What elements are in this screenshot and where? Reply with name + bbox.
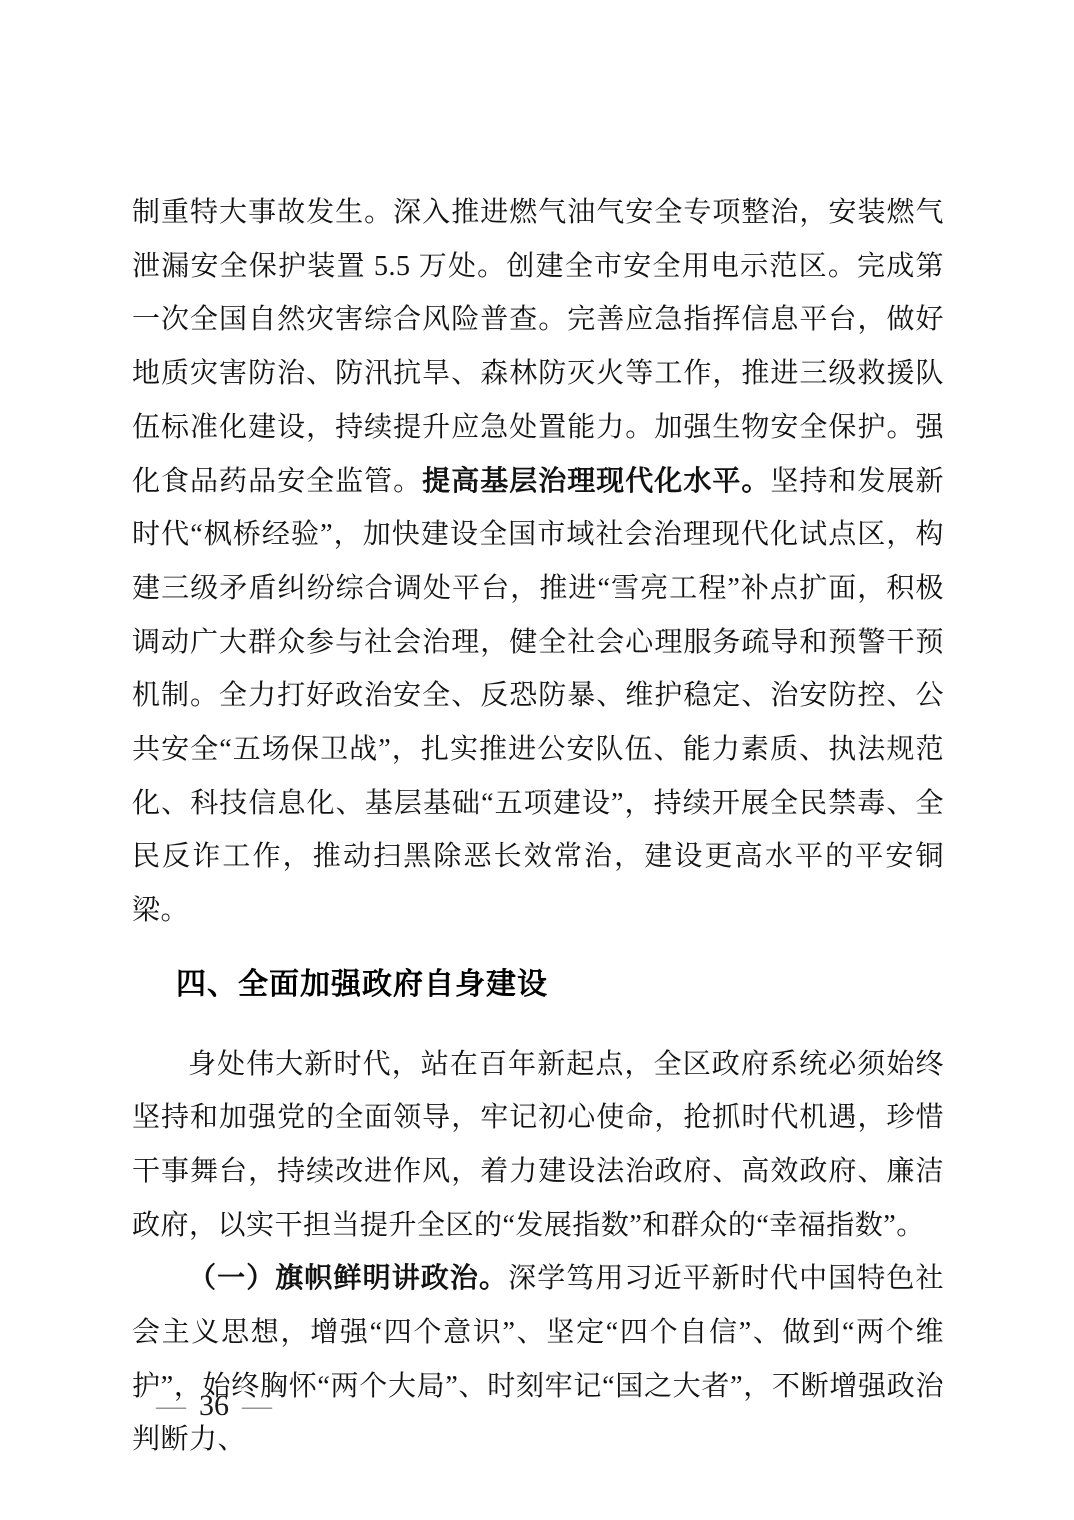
paragraph-government-building: 身处伟大新时代，站在百年新起点，全区政府系统必须始终坚持和加强党的全面领导，牢记…: [132, 1038, 944, 1253]
document-body: 制重特大事故发生。深入推进燃气油气安全专项整治，安装燃气泄漏安全保护装置 5.5…: [132, 186, 944, 1467]
paragraph-politics: （一）旗帜鲜明讲政治。深学笃用习近平新时代中国特色社会主义思想，增强“四个意识”…: [132, 1252, 944, 1467]
footer-left-dash: —: [156, 1389, 186, 1422]
text-run: 制重特大事故发生。深入推进燃气油气安全专项整治，安装燃气泄漏安全保护装置 5.5…: [132, 197, 944, 497]
text-run-bold-politics-lead: （一）旗帜鲜明讲政治。: [188, 1263, 508, 1294]
page-number: 36: [199, 1388, 229, 1424]
document-page: 制重特大事故发生。深入推进燃气油气安全专项整治，安装燃气泄漏安全保护装置 5.5…: [0, 0, 1074, 1520]
paragraph-public-safety: 制重特大事故发生。深入推进燃气油气安全专项整治，安装燃气泄漏安全保护装置 5.5…: [132, 186, 944, 938]
text-run: 坚持和发展新时代“枫桥经验”，加快建设全国市域社会治理现代化试点区，构建三级矛盾…: [132, 466, 944, 927]
footer-right-dash: —: [242, 1389, 272, 1422]
section-heading-part-four: 四、全面加强政府自身建设: [132, 958, 944, 1012]
text-run-bold-grassroots-governance: 提高基层治理现代化水平。: [422, 466, 770, 497]
page-footer: —36—: [156, 1388, 272, 1424]
